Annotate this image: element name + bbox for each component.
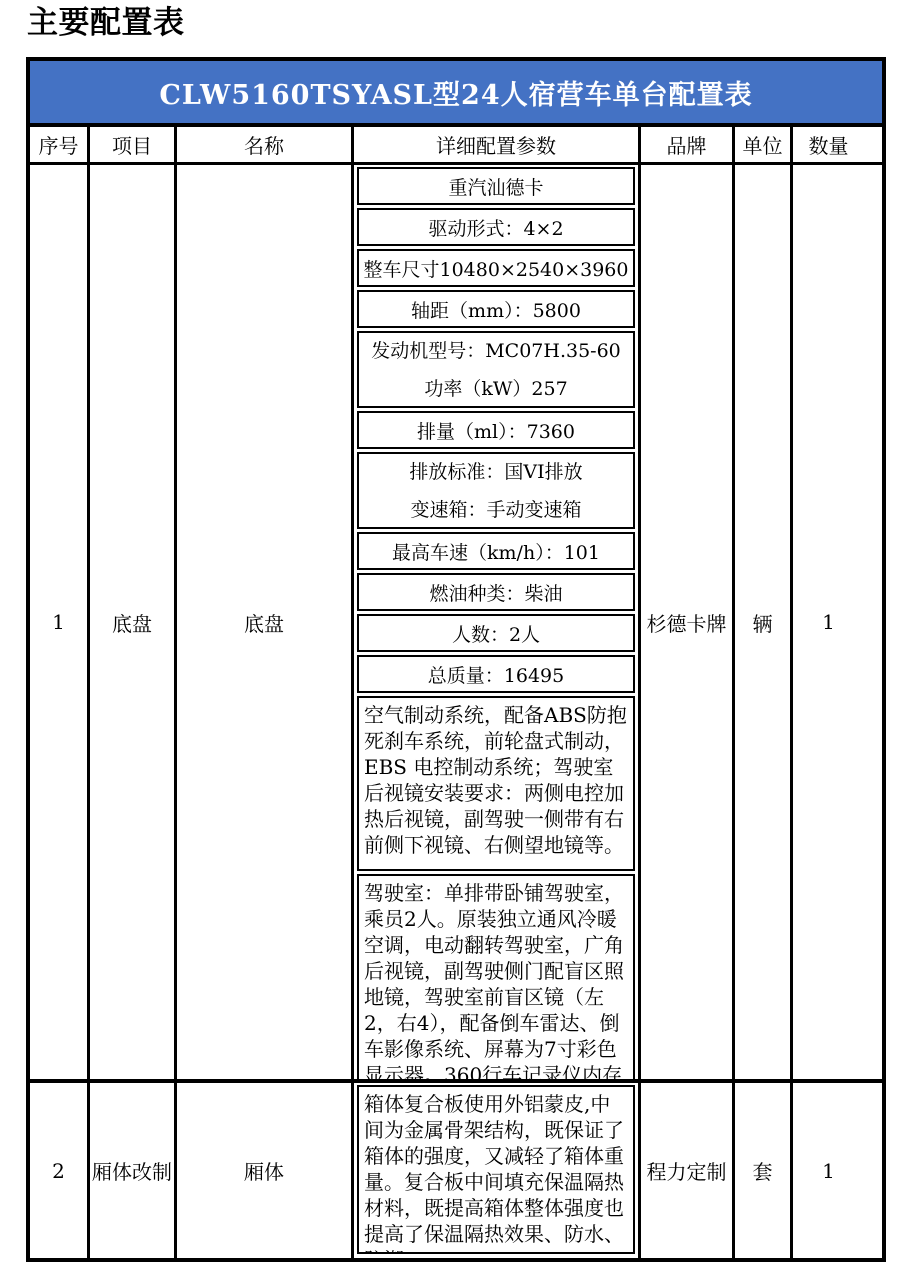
header-specs: 详细配置参数 [354, 127, 641, 162]
spec-box: 发动机型号：MC07H.35-60 功率（kW）257 [357, 331, 635, 408]
qty-cell: 1 [793, 165, 864, 1079]
config-table: CLW5160TSYASL型24人宿营车单台配置表 序号 项目 名称 详细配置参… [26, 57, 886, 1262]
name-cell: 底盘 [177, 165, 354, 1079]
header-item: 项目 [90, 127, 177, 162]
spec-text: 驱动形式：4×2 [428, 214, 563, 241]
spec-box: 驱动形式：4×2 [357, 208, 635, 246]
spec-box: 排量（ml）：7360 [357, 411, 635, 449]
spec-box: 整车尺寸10480×2540×3960 [357, 249, 635, 287]
spec-text: 轴距（mm）：5800 [411, 296, 581, 323]
specs-cell: 箱体复合板使用外铝蒙皮,中间为金属骨架结构，既保证了箱体的强度，又减轻了箱体重量… [354, 1083, 641, 1258]
header-name: 名称 [177, 127, 354, 162]
spec-text: 总质量：16495 [428, 661, 564, 688]
spec-paragraph: 驾驶室：单排带卧铺驾驶室，乘员2人。原装独立通风冷暖空调，电动翻转驾驶室，广角后… [357, 874, 635, 1079]
spec-text: 燃油种类：柴油 [429, 579, 562, 606]
spec-text: 整车尺寸10480×2540×3960 [364, 255, 629, 282]
spec-text: 最高车速（km/h）：101 [392, 538, 600, 565]
spec-text: 重汽汕德卡 [448, 173, 543, 200]
item-cell: 底盘 [90, 165, 177, 1079]
header-qty: 数量 [793, 127, 864, 162]
spec-box: 燃油种类：柴油 [357, 573, 635, 611]
spec-box: 最高车速（km/h）：101 [357, 532, 635, 570]
unit-cell: 辆 [735, 165, 793, 1079]
brand-cell: 杉德卡牌 [641, 165, 735, 1079]
header-unit: 单位 [735, 127, 793, 162]
name-cell: 厢体 [177, 1083, 354, 1258]
header-seq: 序号 [30, 127, 90, 162]
spec-box: 总质量：16495 [357, 655, 635, 693]
seq-cell: 1 [30, 165, 90, 1079]
spec-box: 重汽汕德卡 [357, 167, 635, 205]
table-title-band: CLW5160TSYASL型24人宿营车单台配置表 [30, 61, 882, 127]
spec-box: 轴距（mm）：5800 [357, 290, 635, 328]
table-header-row: 序号 项目 名称 详细配置参数 品牌 单位 数量 [30, 127, 882, 165]
spec-box: 排放标准：国VI排放 变速箱：手动变速箱 [357, 452, 635, 529]
seq-cell: 2 [30, 1083, 90, 1258]
spec-box: 人数：2人 [357, 614, 635, 652]
header-brand: 品牌 [641, 127, 735, 162]
specs-cell: 重汽汕德卡 驱动形式：4×2 整车尺寸10480×2540×3960 轴距（mm… [354, 165, 641, 1079]
spec-text: 发动机型号：MC07H.35-60 [371, 332, 621, 370]
spec-text: 变速箱：手动变速箱 [410, 491, 581, 529]
page-title: 主要配置表 [27, 4, 185, 42]
spec-text: 功率（kW）257 [424, 370, 567, 408]
spec-text: 排量（ml）：7360 [417, 417, 575, 444]
spec-paragraph: 空气制动系统，配备ABS防抱死刹车系统，前轮盘式制动，EBS 电控制动系统；驾驶… [357, 696, 635, 871]
table-row: 1 底盘 底盘 重汽汕德卡 驱动形式：4×2 整车尺寸10480×2540×39… [30, 165, 882, 1083]
item-cell: 厢体改制 [90, 1083, 177, 1258]
table-row: 2 厢体改制 厢体 箱体复合板使用外铝蒙皮,中间为金属骨架结构，既保证了箱体的强… [30, 1083, 882, 1258]
unit-cell: 套 [735, 1083, 793, 1258]
qty-cell: 1 [793, 1083, 864, 1258]
brand-cell: 程力定制 [641, 1083, 735, 1258]
spec-paragraph: 箱体复合板使用外铝蒙皮,中间为金属骨架结构，既保证了箱体的强度，又减轻了箱体重量… [357, 1085, 635, 1254]
spec-text: 排放标准：国VI排放 [409, 453, 582, 491]
spec-text: 人数：2人 [452, 620, 540, 647]
